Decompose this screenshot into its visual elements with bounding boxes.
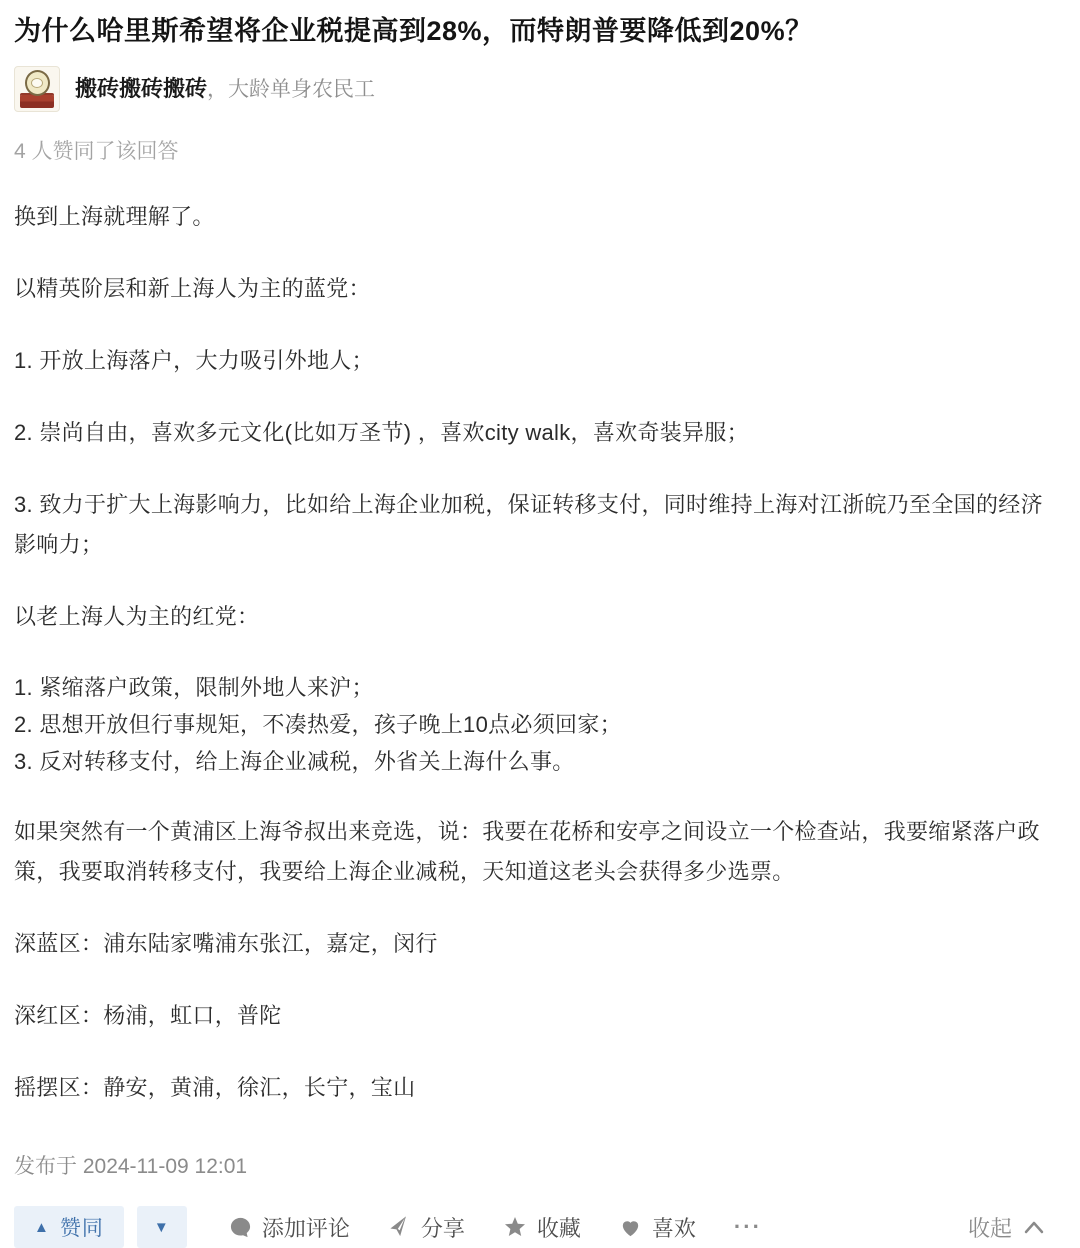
star-icon: [503, 1215, 527, 1239]
author-name[interactable]: 搬砖搬砖搬砖: [75, 76, 207, 101]
like-button[interactable]: 喜欢: [619, 1212, 696, 1243]
share-button[interactable]: 分享: [388, 1212, 465, 1243]
avatar[interactable]: [14, 66, 60, 112]
answer-paragraph: 如果突然有一个黄浦区上海爷叔出来竞选，说：我要在花桥和安亭之间设立一个检查站，我…: [14, 812, 1064, 892]
upvote-label: 赞同: [60, 1212, 104, 1242]
answer-list-line: 1. 紧缩落户政策，限制外地人来沪；: [14, 669, 1064, 706]
author-tagline: ，大龄单身农民工: [207, 78, 375, 101]
favorite-label: 收藏: [537, 1212, 581, 1243]
answer-paragraph: 深蓝区：浦东陆家嘴浦东张江，嘉定，闵行: [14, 924, 1064, 964]
answer-list-line: 3. 反对转移支付，给上海企业减税，外省关上海什么事。: [14, 743, 1064, 780]
action-bar: ▲ 赞同 ▼ 添加评论 分享 收藏: [14, 1206, 1064, 1248]
answer-paragraph: 以精英阶层和新上海人为主的蓝党：: [14, 269, 1064, 309]
author-text: 搬砖搬砖搬砖，大龄单身农民工: [75, 74, 375, 105]
share-label: 分享: [421, 1212, 465, 1243]
author-row: 搬砖搬砖搬砖，大龄单身农民工: [14, 65, 1064, 113]
answer-list: 1. 紧缩落户政策，限制外地人来沪； 2. 思想开放但行事规矩，不凑热爱，孩子晚…: [14, 669, 1064, 780]
like-label: 喜欢: [652, 1212, 696, 1243]
favorite-button[interactable]: 收藏: [503, 1212, 581, 1243]
chevron-up-icon: [1024, 1220, 1044, 1234]
upvote-triangle-icon: ▲: [34, 1220, 50, 1235]
collapse-label: 收起: [968, 1212, 1012, 1243]
add-comment-label: 添加评论: [262, 1212, 350, 1243]
question-title[interactable]: 为什么哈里斯希望将企业税提高到28%，而特朗普要降低到20%？: [14, 12, 1064, 50]
more-button[interactable]: ···: [734, 1214, 762, 1240]
publish-time: 发布于 2024-11-09 12:01: [14, 1150, 1064, 1180]
answer-page: 为什么哈里斯希望将企业税提高到28%，而特朗普要降低到20%？ 搬砖搬砖搬砖，大…: [0, 0, 1080, 1248]
collapse-answer-button[interactable]: 收起: [968, 1212, 1044, 1243]
answer-paragraph: 摇摆区：静安，黄浦，徐汇，长宁，宝山: [14, 1068, 1064, 1108]
answer-body: 换到上海就理解了。 以精英阶层和新上海人为主的蓝党： 1. 开放上海落户，大力吸…: [14, 197, 1064, 1108]
share-icon: [388, 1216, 411, 1239]
answer-paragraph: 以老上海人为主的红党：: [14, 597, 1064, 637]
answer-list-line: 2. 思想开放但行事规矩，不凑热爱，孩子晚上10点必须回家；: [14, 706, 1064, 743]
avatar-face-art: [31, 78, 43, 88]
avatar-bricks-art: [20, 95, 54, 108]
answer-paragraph: 3. 致力于扩大上海影响力，比如给上海企业加税，保证转移支付，同时维持上海对江浙…: [14, 485, 1064, 565]
secondary-actions: 添加评论 分享 收藏 喜欢 ···: [229, 1212, 762, 1243]
heart-icon: [619, 1216, 642, 1239]
vote-summary: 4 人赞同了该回答: [14, 135, 1064, 165]
downvote-triangle-icon: ▼: [154, 1220, 170, 1235]
add-comment-button[interactable]: 添加评论: [229, 1212, 350, 1243]
upvote-button[interactable]: ▲ 赞同: [14, 1206, 124, 1248]
answer-paragraph: 换到上海就理解了。: [14, 197, 1064, 237]
answer-paragraph: 1. 开放上海落户，大力吸引外地人；: [14, 341, 1064, 381]
answer-paragraph: 2. 崇尚自由，喜欢多元文化(比如万圣节) ，喜欢city walk，喜欢奇装异…: [14, 413, 1064, 453]
ellipsis-icon: ···: [734, 1214, 762, 1240]
answer-paragraph: 深红区：杨浦，虹口，普陀: [14, 996, 1064, 1036]
comment-icon: [229, 1216, 252, 1239]
downvote-button[interactable]: ▼: [137, 1206, 187, 1248]
